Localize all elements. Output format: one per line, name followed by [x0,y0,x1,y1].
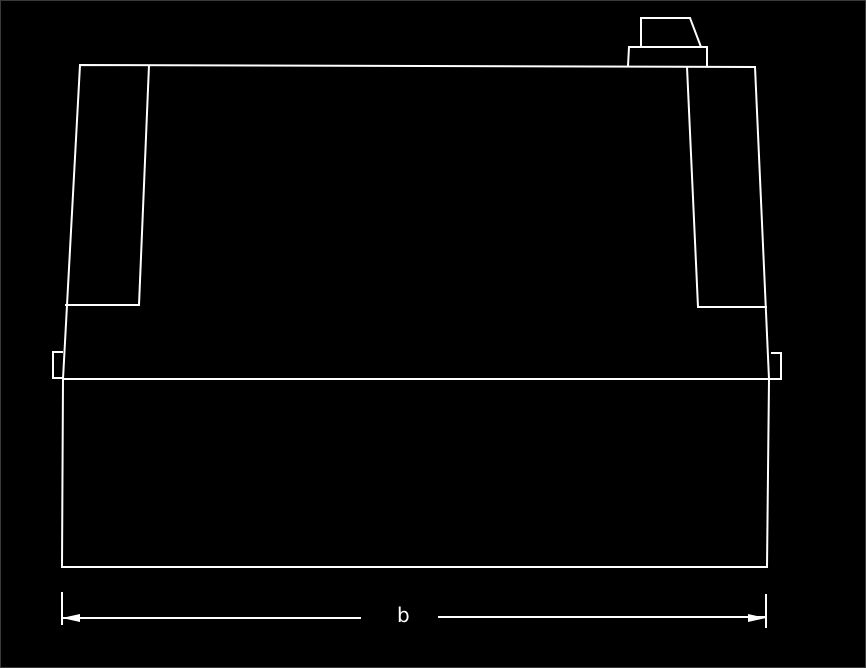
enclosure-drawing [1,1,866,668]
upper-lid [63,65,769,379]
main-body [62,379,769,567]
arrow-right-icon [748,614,766,622]
left-side-lug [53,352,63,378]
terminal-cap [628,18,707,66]
dimension-label: b [397,604,410,626]
arrow-left-icon [62,614,80,622]
right-side-lug [769,353,781,379]
dimension-line [62,592,766,628]
right-handle-recess [687,67,767,307]
diagram-canvas: b [0,0,866,668]
